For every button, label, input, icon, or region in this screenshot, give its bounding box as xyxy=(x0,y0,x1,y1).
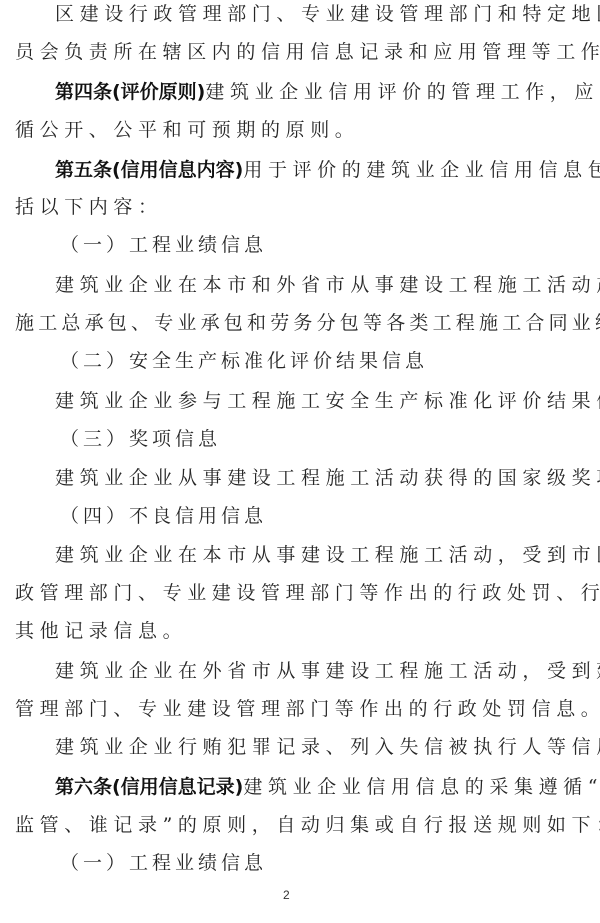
paragraph-text: 建筑业企业信用评价的管理工作，应当遵 xyxy=(205,81,600,103)
article-4-line: 第四条(评价原则)建筑业企业信用评价的管理工作，应当遵 xyxy=(55,79,600,105)
subheading: （一）工程业绩信息 xyxy=(60,232,600,258)
paragraph-line: 其他记录信息。 xyxy=(15,618,575,644)
paragraph-line: 循公开、公平和可预期的原则。 xyxy=(15,117,575,143)
paragraph-line: 员会负责所在辖区内的信用信息记录和应用管理等工作。 xyxy=(15,39,575,65)
paragraph-line: 管理部门、专业建设管理部门等作出的行政处罚信息。 xyxy=(15,696,575,722)
paragraph-line: 政管理部门、专业建设管理部门等作出的行政处罚、行政处理及 xyxy=(15,580,575,606)
article-heading: 第五条(信用信息内容) xyxy=(55,159,243,181)
paragraph-line: 建筑业企业在本市和外省市从事建设工程施工活动产生的 xyxy=(55,272,600,298)
paragraph-line: 建筑业企业参与工程施工安全生产标准化评价结果信息。 xyxy=(55,388,600,414)
paragraph-text: 建筑业企业信用信息的采集遵循“谁 xyxy=(243,776,600,798)
paragraph-line: 建筑业企业从事建设工程施工活动获得的国家级奖项信息。 xyxy=(55,465,600,491)
article-5-line: 第五条(信用信息内容)用于评价的建筑业企业信用信息包 xyxy=(55,157,600,183)
paragraph-line: 区建设行政管理部门、专业建设管理部门和特定地区管理委 xyxy=(55,1,600,27)
document-page: 区建设行政管理部门、专业建设管理部门和特定地区管理委 员会负责所在辖区内的信用信… xyxy=(0,0,600,923)
subheading: （一）工程业绩信息 xyxy=(60,850,600,876)
article-6-line: 第六条(信用信息记录)建筑业企业信用信息的采集遵循“谁 xyxy=(55,774,600,800)
subheading: （四）不良信用信息 xyxy=(60,503,600,529)
paragraph-line: 建筑业企业在外省市从事建设工程施工活动，受到建设行政 xyxy=(55,658,600,684)
paragraph-line: 监管、谁记录”的原则，自动归集或自行报送规则如下： xyxy=(15,812,575,838)
subheading: （二）安全生产标准化评价结果信息 xyxy=(60,348,600,374)
subheading: （三）奖项信息 xyxy=(60,426,600,452)
paragraph-line: 括以下内容： xyxy=(15,194,575,220)
paragraph-line: 建筑业企业在本市从事建设工程施工活动，受到市区建设行 xyxy=(55,542,600,568)
paragraph-text: 用于评价的建筑业企业信用信息包 xyxy=(243,159,600,181)
article-heading: 第四条(评价原则) xyxy=(55,81,205,103)
paragraph-line: 建筑业企业行贿犯罪记录、列入失信被执行人等信用信息。 xyxy=(55,734,600,760)
page-number: 2 xyxy=(283,888,290,902)
paragraph-line: 施工总承包、专业承包和劳务分包等各类工程施工合同业绩信息。 xyxy=(15,310,575,336)
article-heading: 第六条(信用信息记录) xyxy=(55,776,243,798)
